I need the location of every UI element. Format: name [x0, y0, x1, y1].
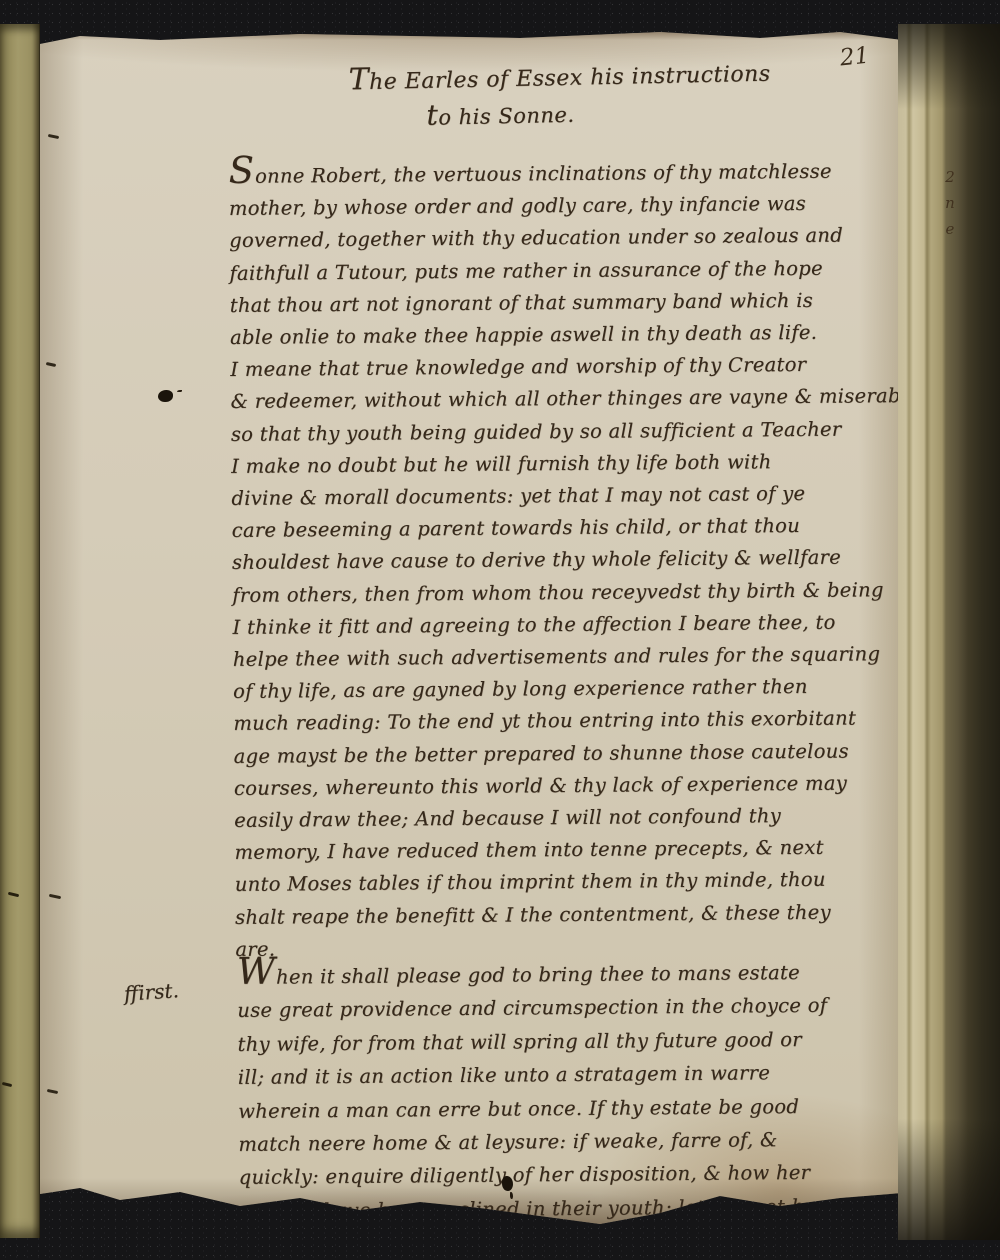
manuscript-line: much reading: To the end yt thou entring… — [233, 703, 905, 741]
manuscript-line: so that thy youth being guided by so all… — [231, 413, 903, 451]
margin-note-first: ffirst. — [123, 978, 179, 1006]
manuscript-line: shouldest have cause to derive thy whole… — [232, 542, 904, 580]
manuscript-line: & redeemer, without which all other thin… — [230, 380, 902, 418]
ink-blot — [158, 390, 173, 402]
manuscript-line: quickly: enquire diligently of her dispo… — [239, 1156, 905, 1195]
scanner-background: 21 The Earles of Essex his instructions … — [0, 0, 1000, 1260]
fore-edge-ink-bleed: 2 n e — [942, 164, 958, 242]
binding-stitch — [47, 1089, 58, 1094]
manuscript-line: courses, whereunto this world & thy lack… — [234, 767, 906, 805]
manuscript-page: 21 The Earles of Essex his instructions … — [40, 28, 902, 1240]
facing-page-edge — [0, 24, 40, 1238]
manuscript-line: unto Moses tables if thou imprint them i… — [235, 864, 907, 902]
document-heading: The Earles of Essex his instructions to … — [269, 52, 850, 135]
binding-stitch — [49, 894, 61, 899]
manuscript-line: shalt reape the benefitt & I the content… — [235, 896, 907, 934]
ink-blot — [502, 1176, 513, 1191]
binding-stitch — [46, 362, 56, 367]
fore-edge-page-stack: 2 n e — [898, 24, 1000, 1240]
binding-stitch — [2, 1082, 12, 1087]
paragraph-one: Sonne Robert, the vertuous inclinations … — [229, 155, 908, 966]
paragraph-two: When it shall please god to bring thee t… — [237, 955, 905, 1228]
binding-stitch — [8, 892, 19, 898]
page-top-darkened-edge — [40, 28, 902, 40]
manuscript-line: parents have bene enclined in their yout… — [239, 1189, 905, 1228]
binding-stitch — [48, 134, 59, 139]
manuscript-line: use great providence and circumspection … — [237, 989, 903, 1028]
manuscript-line: governed, together with thy education un… — [229, 219, 901, 257]
manuscript-line: divine & morall documents: yet that I ma… — [231, 477, 903, 515]
